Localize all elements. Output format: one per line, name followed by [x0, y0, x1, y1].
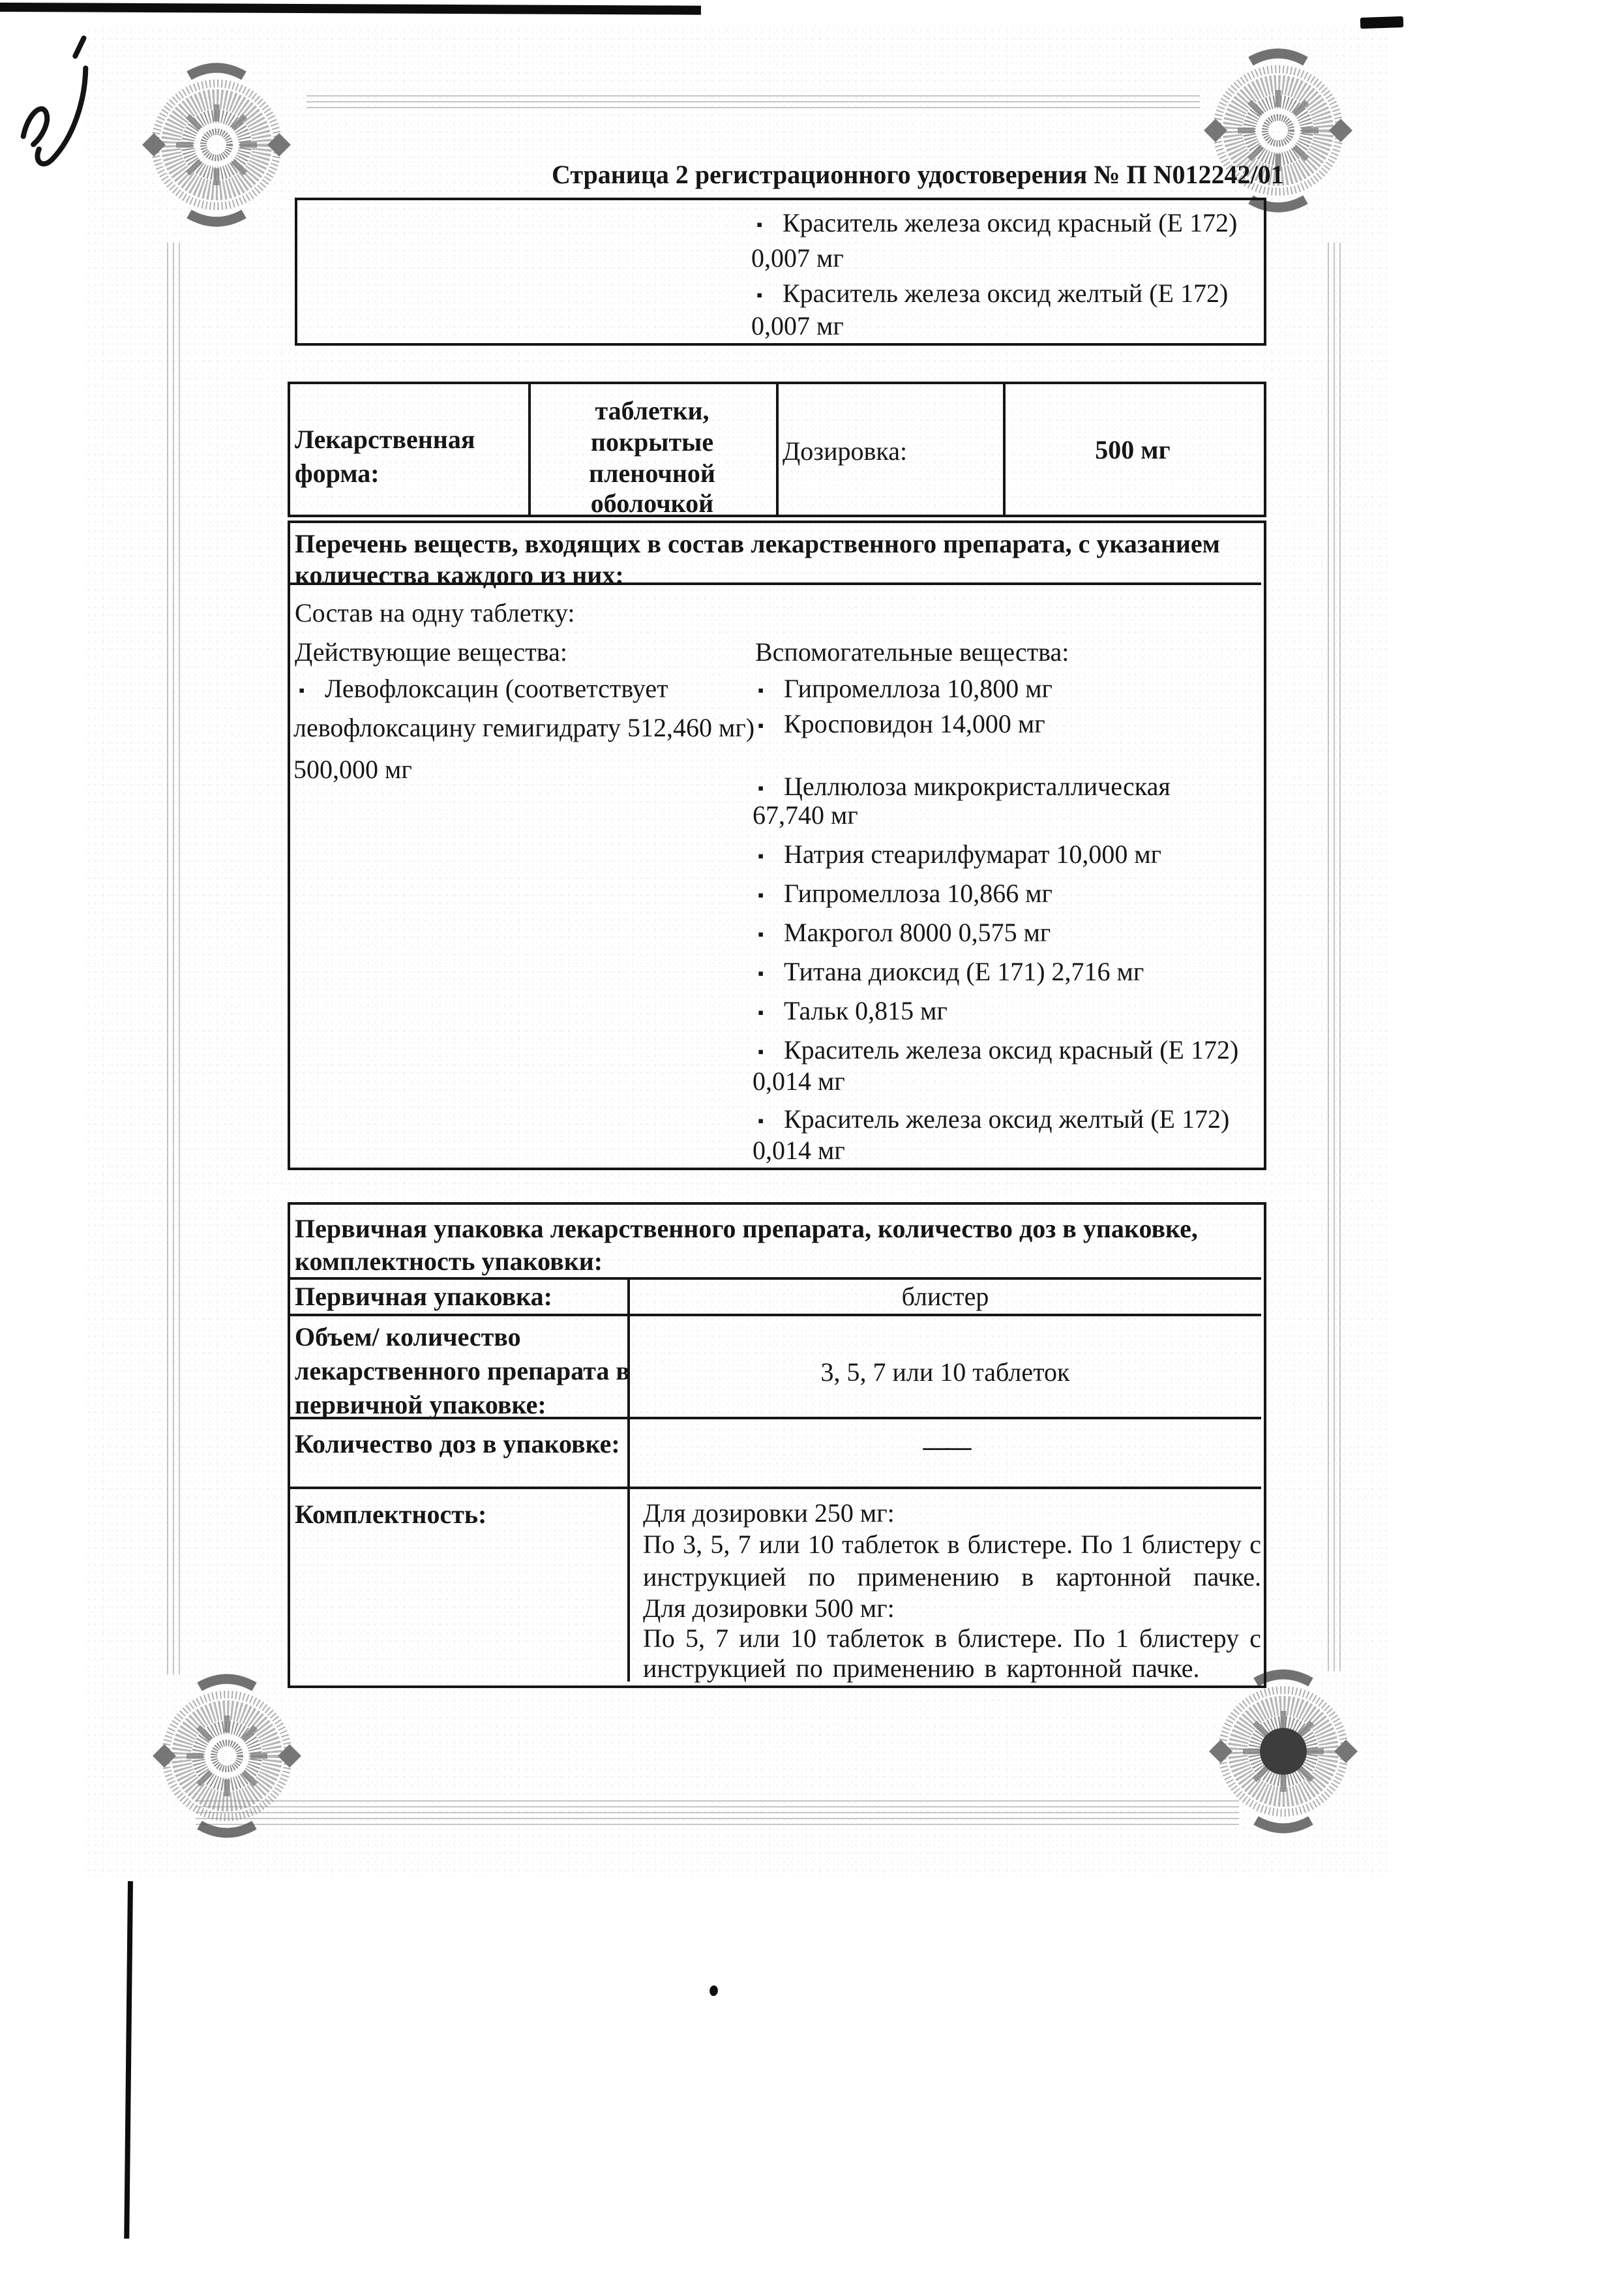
active-substance-line: ▪Левофлоксацин (соответствует [299, 674, 668, 704]
packaging-row-border [288, 1487, 1261, 1489]
bullet-icon: ▪ [758, 925, 784, 944]
excipient-line: ▪Макрогол 8000 0,575 мг [758, 918, 1051, 948]
guilloche-ornament-top-right [1200, 39, 1356, 222]
excipient-line: ▪Натрия стеарилфумарат 10,000 мг [758, 840, 1161, 869]
composition-intro: Перечень веществ, входящих в состав лека… [295, 530, 1220, 559]
bullet-icon: ▪ [758, 1003, 784, 1022]
ingredient-text: Макрогол 8000 0,575 мг [784, 918, 1051, 947]
border-band-top [306, 95, 1200, 112]
completeness-line: инструкцией по применению в картонной па… [643, 1563, 1261, 1592]
completeness-line: По 3, 5, 7 или 10 таблеток в блистере. П… [643, 1530, 1261, 1560]
active-substances-heading: Действующие вещества: [295, 638, 567, 667]
border-band-bottom [196, 1800, 1239, 1828]
packaging-heading: Первичная упаковка лекарственного препар… [295, 1215, 1198, 1244]
bullet-icon: ▪ [756, 286, 783, 305]
active-substance-line: левофлоксацину гемигидрату 512,460 мг) [293, 714, 754, 743]
bullet-icon: ▪ [299, 681, 325, 700]
bullet-icon: ▪ [758, 886, 784, 905]
bullet-icon: ▪ [758, 964, 784, 983]
continuation-item-line: ▪Краситель железа оксид красный (Е 172) [756, 209, 1237, 238]
row-value-primary-packaging: блистер [630, 1282, 1261, 1312]
border-band-right [1328, 243, 1343, 1671]
excipient-line: ▪Тальк 0,815 мг [758, 997, 948, 1026]
excipient-line: ▪Краситель железа оксид желтый (Е 172) [758, 1105, 1229, 1134]
completeness-line: Для дозировки 250 мг: [643, 1499, 895, 1528]
bullet-icon: ▪ [758, 779, 784, 798]
completeness-line: По 5, 7 или 10 таблеток в блистере. По 1… [643, 1624, 1261, 1654]
ingredient-text: Титана диоксид (Е 171) 2,716 мг [784, 957, 1144, 986]
form-value: пленочной [531, 459, 773, 489]
ink-dot [708, 1984, 720, 1997]
form-label: форма: [295, 459, 380, 489]
stamp-dot [1260, 1728, 1307, 1775]
excipient-line: 0,014 мг [753, 1136, 845, 1166]
excipient-line: ▪Краситель железа оксид красный (Е 172) [758, 1036, 1238, 1065]
bullet-icon: ▪ [758, 847, 784, 866]
composition-separator [288, 582, 1261, 585]
excipient-line: 0,014 мг [753, 1067, 845, 1096]
excipient-line: ▪Кросповидон 14,000 мг [758, 710, 1045, 739]
scanned-certificate-page: Страница 2 регистрационного удостоверени… [0, 0, 1612, 2296]
row-label-doses: Количество доз в упаковке: [295, 1430, 620, 1459]
ingredient-text: Кросповидон 14,000 мг [784, 709, 1045, 738]
packaging-column-divider [627, 1277, 630, 1682]
ingredient-text: Тальк 0,815 мг [784, 996, 948, 1025]
composition-intro: количества каждого из них: [295, 561, 624, 590]
excipients-heading: Вспомогательные вещества: [755, 638, 1069, 667]
ingredient-text: Натрия стеарилфумарат 10,000 мг [784, 839, 1161, 869]
scan-edge-line [0, 3, 701, 15]
excipient-line: ▪Титана диоксид (Е 171) 2,716 мг [758, 958, 1144, 987]
per-tablet-heading: Состав на одну таблетку: [295, 599, 575, 628]
ingredient-text: Левофлоксацин (соответствует [325, 674, 668, 703]
ingredient-text: Гипромеллоза 10,800 мг [784, 674, 1052, 703]
row-label-completeness: Комплектность: [295, 1500, 486, 1530]
bullet-icon: ▪ [758, 681, 784, 700]
continuation-item-line: 0,007 мг [751, 244, 844, 273]
form-label: Лекарственная [295, 425, 475, 455]
excipient-line: ▪Целлюлоза микрокристаллическая [758, 772, 1171, 802]
excipient-line: 67,740 мг [753, 801, 858, 830]
row-value-doses-empty: —— [630, 1432, 1261, 1462]
packaging-row-border [288, 1314, 1261, 1316]
ingredient-text: Целлюлоза микрокристаллическая [784, 772, 1171, 801]
bullet-icon: ▪ [758, 1111, 784, 1130]
form-value: оболочкой [531, 489, 773, 519]
scan-dash-mark [1360, 16, 1404, 29]
active-substance-line: 500,000 мг [293, 755, 412, 785]
continuation-item-line: ▪Краситель железа оксид желтый (Е 172) [756, 279, 1228, 309]
dosage-value: 500 мг [1006, 436, 1260, 465]
packaging-row-border [288, 1277, 1261, 1280]
ingredient-text: Краситель железа оксид желтый (Е 172) [783, 279, 1228, 308]
ingredient-text: Гипромеллоза 10,866 мг [784, 879, 1052, 908]
page-header: Страница 2 регистрационного удостоверени… [552, 160, 1284, 190]
completeness-line: Для дозировки 500 мг: [643, 1594, 895, 1624]
handwritten-mark [4, 20, 128, 202]
row-value-volume: 3, 5, 7 или 10 таблеток [630, 1358, 1261, 1387]
completeness-line: инструкцией по применению в картонной па… [643, 1654, 1200, 1684]
border-band-left [167, 243, 183, 1674]
margin-line-artifact [124, 1881, 133, 2239]
bullet-icon: ▪ [756, 215, 783, 234]
guilloche-ornament-top-left [138, 53, 295, 236]
form-value: таблетки, [531, 397, 773, 426]
bullet-icon: ▪ [758, 1042, 784, 1061]
bullet-icon: ▪ [758, 716, 784, 735]
excipient-line: ▪Гипромеллоза 10,800 мг [758, 674, 1052, 704]
row-label-volume: лекарственного препарата в [295, 1357, 630, 1386]
row-label-volume: первичной упаковке: [295, 1391, 546, 1420]
row-label-volume: Объем/ количество [295, 1323, 521, 1352]
guilloche-ornament-bottom-left [149, 1665, 305, 1847]
form-table-divider [776, 382, 779, 515]
ingredient-text: Краситель железа оксид желтый (Е 172) [784, 1104, 1229, 1134]
packaging-heading: комплектность упаковки: [295, 1247, 603, 1276]
dosage-label: Дозировка: [783, 437, 907, 466]
form-value: покрытые [531, 428, 773, 457]
ingredient-text: Краситель железа оксид красный (Е 172) [783, 208, 1237, 237]
excipient-line: ▪Гипромеллоза 10,866 мг [758, 879, 1052, 909]
continuation-item-line: 0,007 мг [751, 312, 844, 341]
row-label-primary-packaging: Первичная упаковка: [295, 1282, 552, 1312]
ingredient-text: Краситель железа оксид красный (Е 172) [784, 1035, 1238, 1065]
